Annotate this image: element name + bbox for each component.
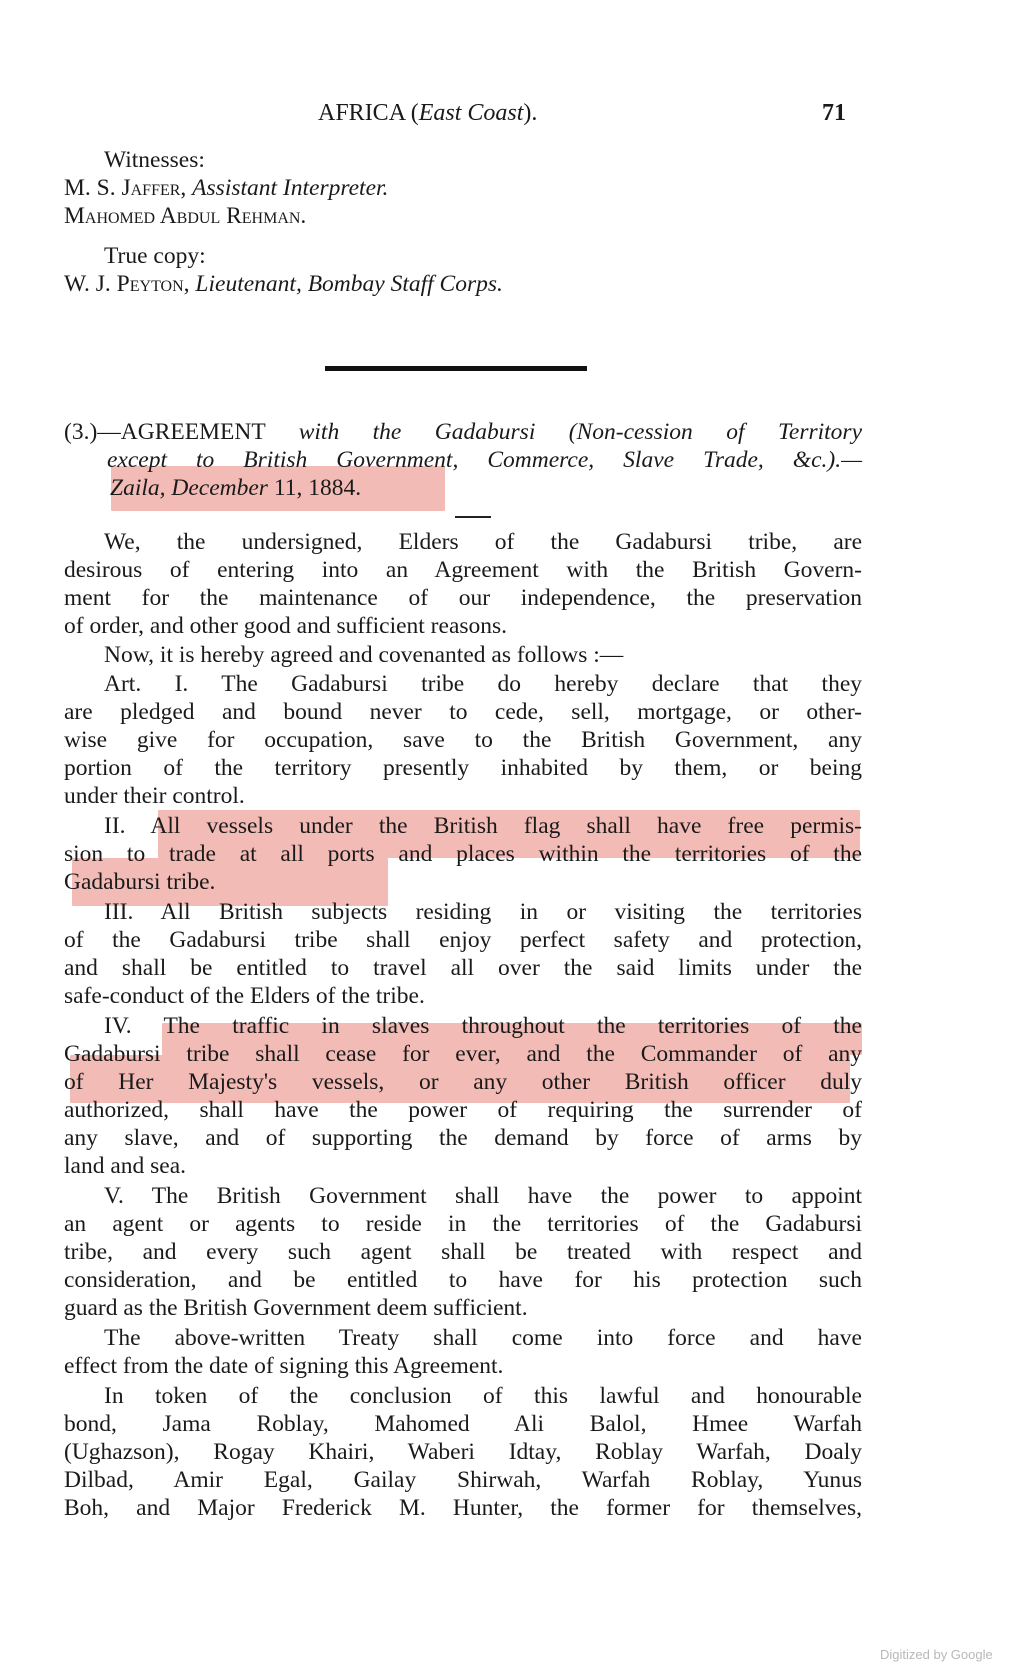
body-line: bond, Jama Roblay, Mahomed Ali Balol, Hm… (64, 1410, 862, 1438)
body-line: an agent or agents to reside in the terr… (64, 1210, 862, 1238)
agreement-heading-line1: (3.)—AGREEMENT with the Gadabursi (Non-c… (64, 418, 862, 446)
body-line: of Her Majesty's vessels, or any other B… (64, 1068, 862, 1096)
agreement-date: 11, 1884. (274, 475, 361, 501)
body-line: of the Gadabursi tribe shall enjoy perfe… (64, 926, 862, 954)
body-line: consideration, and be entitled to have f… (64, 1266, 862, 1294)
true-copy-corps: Bombay Staff Corps. (308, 271, 503, 297)
article-4-line: IV. The traffic in slaves throughout the… (64, 1012, 862, 1040)
short-divider-rule (455, 516, 491, 518)
article-5-line: V. The British Government shall have the… (64, 1182, 862, 1210)
witness-2-name: Mahomed Abdul Rehman. (64, 202, 862, 230)
true-copy-signature: W. J. Peyton, Lieutenant, Bombay Staff C… (64, 270, 862, 298)
agreement-heading-line2: except to British Government, Commerce, … (107, 446, 862, 474)
article-3-line: III. All British subjects residing in or… (64, 898, 862, 926)
body-line: under their control. (64, 782, 862, 810)
body-line: (Ughazson), Rogay Khairi, Waberi Idtay, … (64, 1438, 862, 1466)
true-copy-name: W. J. Peyton, (64, 271, 190, 297)
page-number: 71 (822, 100, 846, 127)
body-line: of order, and other good and sufficient … (64, 612, 862, 640)
running-head-end: ). (523, 100, 537, 126)
digitized-watermark: Digitized by Google (880, 1647, 993, 1662)
body-line: guard as the British Government deem suf… (64, 1294, 862, 1322)
body-line: Now, it is hereby agreed and covenanted … (64, 641, 862, 669)
body-line: tribe, and every such agent shall be tre… (64, 1238, 862, 1266)
witness-1-title: Assistant Interpreter. (192, 175, 388, 201)
body-line: sion to trade at all ports and places wi… (64, 840, 862, 868)
running-head-text: AFRICA ( (318, 100, 419, 126)
section-divider-rule (325, 366, 587, 371)
true-copy-label: True copy: (64, 242, 862, 270)
body-line: and shall be entitled to travel all over… (64, 954, 862, 982)
body-line: portion of the territory presently inhab… (64, 754, 862, 782)
witness-1-name: M. S. Jaffer, (64, 175, 186, 201)
agreement-number: (3.)—AGREEMENT (64, 419, 265, 445)
body-line: safe-conduct of the Elders of the tribe. (64, 982, 862, 1010)
body-line: Gadabursi tribe shall cease for ever, an… (64, 1040, 862, 1068)
body-line: ment for the maintenance of our independ… (64, 584, 862, 612)
body-line: effect from the date of signing this Agr… (64, 1352, 862, 1380)
body-line: Boh, and Major Frederick M. Hunter, the … (64, 1494, 862, 1522)
true-copy-rank: Lieutenant, (195, 271, 301, 297)
article-1-line: Art. I. The Gadabursi tribe do hereby de… (64, 670, 862, 698)
body-line: wise give for occupation, save to the Br… (64, 726, 862, 754)
agreement-place: Zaila, December (110, 475, 268, 501)
treaty-force-line: The above-written Treaty shall come into… (64, 1324, 862, 1352)
running-head-italic: East Coast (419, 100, 524, 126)
agreement-place-date: Zaila, December 11, 1884. (110, 474, 908, 502)
body-line: are pledged and bound never to cede, sel… (64, 698, 862, 726)
body-line: any slave, and of supporting the demand … (64, 1124, 862, 1152)
signatories-line: In token of the conclusion of this lawfu… (64, 1382, 862, 1410)
body-line: We, the undersigned, Elders of the Gadab… (64, 528, 862, 556)
body-line: authorized, shall have the power of requ… (64, 1096, 862, 1124)
witness-1: M. S. Jaffer, Assistant Interpreter. (64, 174, 862, 202)
body-line: Gadabursi tribe. (64, 868, 862, 896)
body-line: desirous of entering into an Agreement w… (64, 556, 862, 584)
body-line: Dilbad, Amir Egal, Gailay Shirwah, Warfa… (64, 1466, 862, 1494)
running-head: AFRICA (East Coast). (318, 100, 537, 127)
agreement-subtitle-1: with the Gadabursi (Non-cession of Terri… (299, 419, 862, 445)
witnesses-label: Witnesses: (64, 146, 862, 174)
article-2-line: II. All vessels under the British flag s… (64, 812, 862, 840)
body-line: land and sea. (64, 1152, 862, 1180)
